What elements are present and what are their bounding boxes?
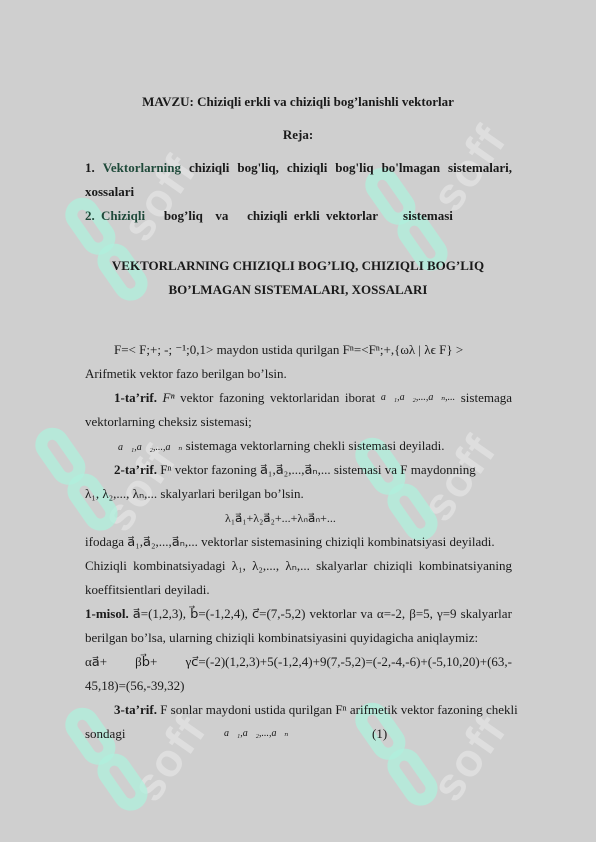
section-heading-line-1: VEKTORLARNING CHIZIQLI BOG’LIQ, CHIZIQLI… <box>0 258 596 274</box>
plan-item-1-cont: xossalari <box>85 184 134 200</box>
definition-1-line-1: 1-ta’rif. Fⁿ vektor fazoning vektorlarid… <box>114 390 512 406</box>
vector-system: a⃗₁,a⃗₂,...,a⃗ₙ <box>224 726 288 742</box>
example-1-line-1: 1-misol. a⃗=(1,2,3), b⃗=(-1,2,4), c⃗=(7,… <box>85 606 512 622</box>
section-heading-line-2: BO’LMAGAN SISTEMALARI, XOSSALARI <box>0 282 596 298</box>
definition-2-formula: λ₁a⃗₁+λ₂a⃗₂+...+λₙa⃗ₙ+... <box>225 510 336 526</box>
definition-3-label: 3-ta’rif. <box>114 702 157 717</box>
example-1-calculation: αa⃗+ βb⃗+ γc⃗=(-2)(1,2,3)+5(-1,2,4)+9(7,… <box>85 654 512 670</box>
definition-1-line-3: a⃗₁,a⃗₂,...,a⃗ₙ sistemaga vektorlarning … <box>118 438 444 456</box>
definition-2-line-3: ifodaga a⃗₁,a⃗₂,...,a⃗ₙ,... vektorlar si… <box>85 534 495 550</box>
example-1-result: 45,18)=(56,-39,32) <box>85 678 184 694</box>
coefficients-line-1: Chiziqli kombinatsiyadagi λ₁, λ₂,..., λₙ… <box>85 558 512 574</box>
definition-2-label: 2-ta’rif. <box>114 462 157 477</box>
definition-3-line-1: 3-ta’rif. F sonlar maydoni ustida qurilg… <box>114 702 518 718</box>
page-title: MAVZU: Chiziqli erkli va chiziqli bog’la… <box>0 94 596 110</box>
definition-1-line-2: vektorlarning cheksiz sistemasi; <box>85 414 252 430</box>
plan-item-1: 1. Vektorlarning chiziqli bog'liq, chizi… <box>85 160 512 176</box>
definition-3-line-2: sondagi a⃗₁,a⃗₂,...,a⃗ₙ (1) <box>85 726 512 742</box>
example-1-line-2: berilgan bo’lsa, ularning chiziqli kombi… <box>85 630 478 646</box>
definition-1-label: 1-ta’rif. <box>114 390 157 406</box>
document-page: MAVZU: Chiziqli erkli va chiziqli bog’la… <box>0 0 596 842</box>
equation-number: (1) <box>372 726 387 742</box>
definition-2-line-1: 2-ta’rif. Fⁿ vektor fazoning a⃗₁,a⃗₂,...… <box>114 462 476 478</box>
example-1-label: 1-misol. <box>85 606 129 622</box>
intro-line-1: F=< F;+; -; ⁻¹;0,1> maydon ustida qurilg… <box>114 342 463 358</box>
intro-line-2: Arifmetik vektor fazo berilgan bo’lsin. <box>85 366 287 382</box>
definition-2-line-2: λ₁, λ₂,..., λₙ,... skalyarlari berilgan … <box>85 486 304 502</box>
plan-item-2: 2. Chiziqli bog’liq va chiziqli erkli ve… <box>85 208 453 224</box>
plan-label: Reja: <box>0 127 596 143</box>
coefficients-line-2: koeffitsientlari deyiladi. <box>85 582 210 598</box>
